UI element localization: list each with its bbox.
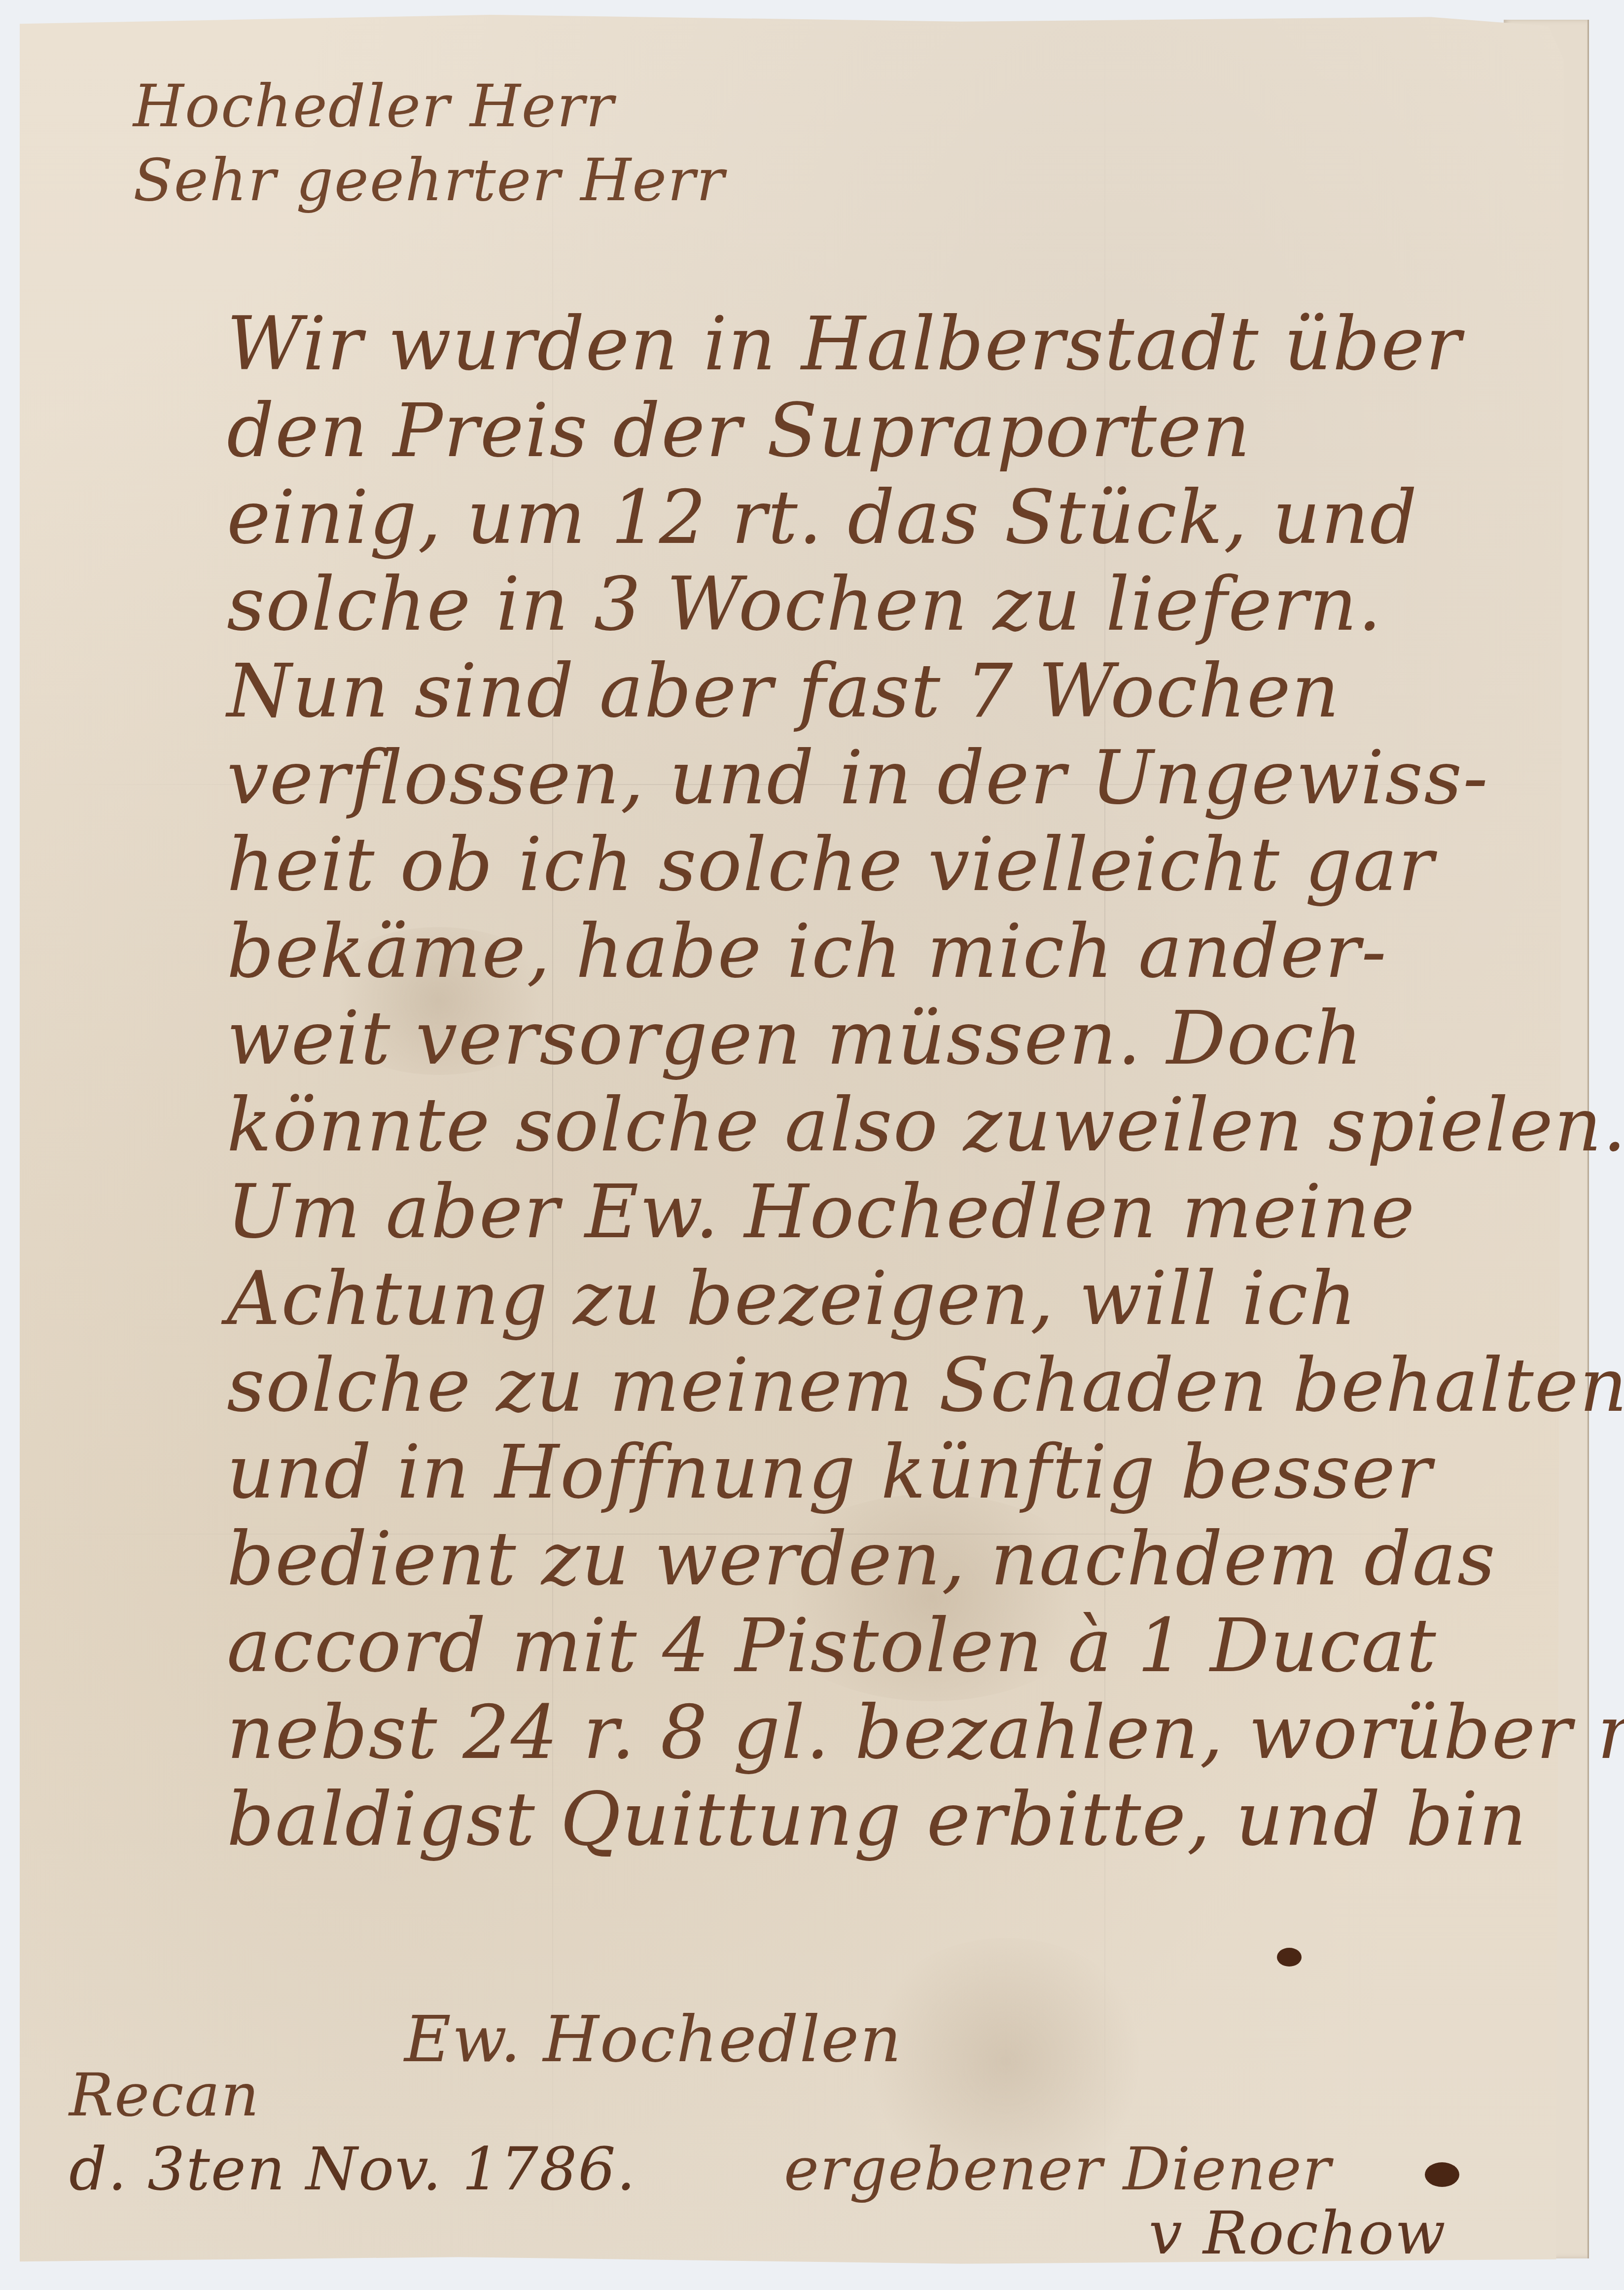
signature: v Rochow xyxy=(1149,2199,1447,2268)
closing-address: Ew. Hochedlen xyxy=(404,2002,902,2076)
body-line: Achtung zu bezeigen, will ich xyxy=(227,1255,1624,1342)
closing-phrase: ergebener Diener xyxy=(784,2135,1332,2204)
place-of-writing: Recan xyxy=(69,2061,260,2130)
salutation: Hochedler Herr Sehr geehrter Herr xyxy=(133,69,725,217)
body-line: und in Hoffnung künftig besser xyxy=(227,1429,1624,1516)
body-line: weit versorgen müssen. Doch xyxy=(227,995,1624,1082)
body-line: verflossen, und in der Ungewiss- xyxy=(227,735,1624,822)
body-line: solche in 3 Wochen zu liefern. xyxy=(227,561,1624,648)
body-line: Nun sind aber fast 7 Wochen xyxy=(227,648,1624,735)
body-line: einig, um 12 rt. das Stück, und xyxy=(227,474,1624,561)
letter-date: d. 3ten Nov. 1786. xyxy=(69,2135,636,2204)
body-line: solche zu meinem Schaden behalten xyxy=(227,1342,1624,1429)
salutation-line: Sehr geehrter Herr xyxy=(133,143,725,217)
ink-blot xyxy=(1277,1948,1302,1967)
body-line: Um aber Ew. Hochedlen meine xyxy=(227,1169,1624,1255)
body-line: accord mit 4 Pistolen à 1 Ducat xyxy=(227,1603,1624,1689)
salutation-line: Hochedler Herr xyxy=(133,69,725,143)
body-line: könnte solche also zuweilen spielen. xyxy=(227,1082,1624,1169)
ink-blot xyxy=(1425,2162,1459,2187)
body-line: heit ob ich solche vielleicht gar xyxy=(227,822,1624,908)
body-line: bedient zu werden, nachdem das xyxy=(227,1516,1624,1603)
letter-body: Wir wurden in Halberstadt über den Preis… xyxy=(227,301,1624,1863)
body-line: Wir wurden in Halberstadt über xyxy=(227,301,1624,388)
body-line: nebst 24 r. 8 gl. bezahlen, worüber mir xyxy=(227,1689,1624,1776)
body-line: bekäme, habe ich mich ander- xyxy=(227,908,1624,995)
body-line: baldigst Quittung erbitte, und bin xyxy=(227,1776,1624,1863)
body-line: den Preis der Supraporten xyxy=(227,388,1624,474)
